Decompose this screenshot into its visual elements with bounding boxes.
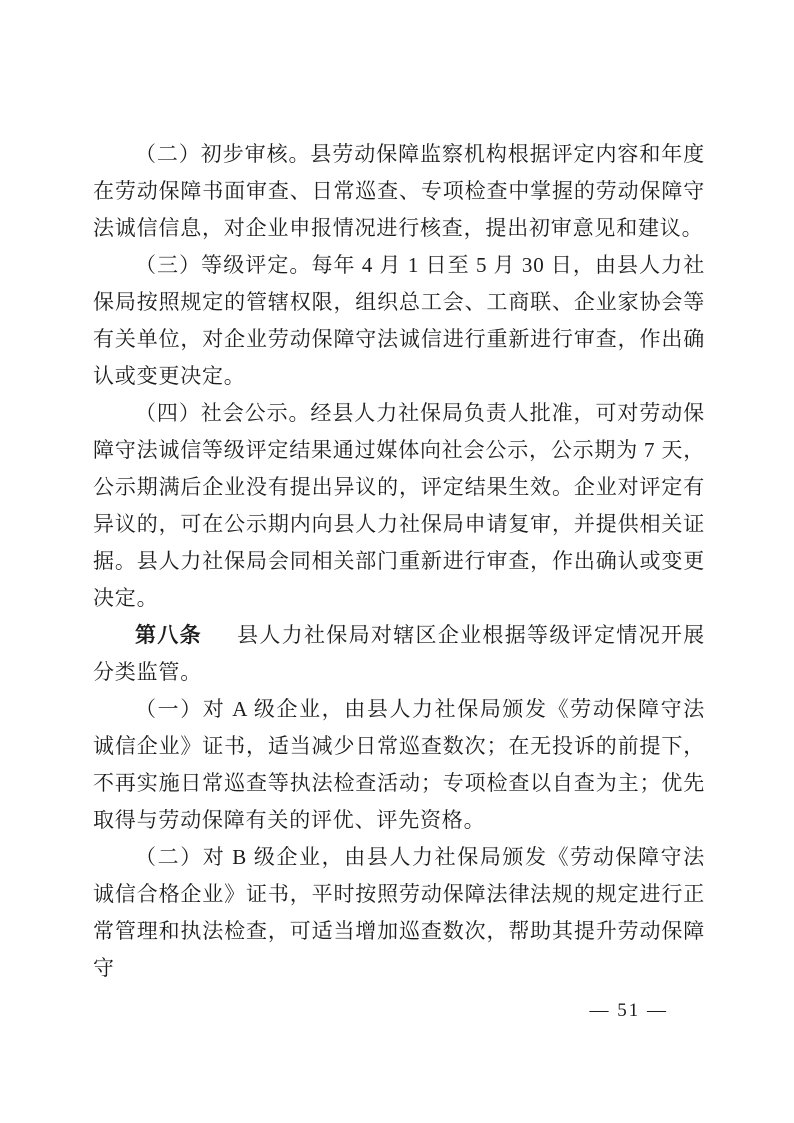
paragraph-item-1-grade-a-enterprises: （一）对 A 级企业，由县人力社保局颁发《劳动保障守法诚信企业》证书，适当减少日… — [93, 691, 705, 839]
paragraph-clause-3-grade-evaluation: （三）等级评定。每年 4 月 1 日至 5 月 30 日，由县人力社保局按照规定… — [93, 247, 705, 395]
document-page: （二）初步审核。县劳动保障监察机构根据评定内容和年度在劳动保障书面审查、日常巡查… — [0, 0, 794, 1123]
article-number-label: 第八条 — [135, 623, 202, 647]
page-number: — 51 — — [590, 1000, 669, 1022]
paragraph-item-2-grade-b-enterprises: （二）对 B 级企业，由县人力社保局颁发《劳动保障守法诚信合格企业》证书，平时按… — [93, 839, 705, 987]
paragraph-clause-4-public-announcement: （四）社会公示。经县人力社保局负责人批准，可对劳动保障守法诚信等级评定结果通过媒… — [93, 395, 705, 617]
document-body: （二）初步审核。县劳动保障监察机构根据评定内容和年度在劳动保障书面审查、日常巡查… — [93, 136, 705, 987]
paragraph-article-8: 第八条县人力社保局对辖区企业根据等级评定情况开展分类监管。 — [93, 617, 705, 691]
paragraph-clause-2-preliminary-review: （二）初步审核。县劳动保障监察机构根据评定内容和年度在劳动保障书面审查、日常巡查… — [93, 136, 705, 247]
